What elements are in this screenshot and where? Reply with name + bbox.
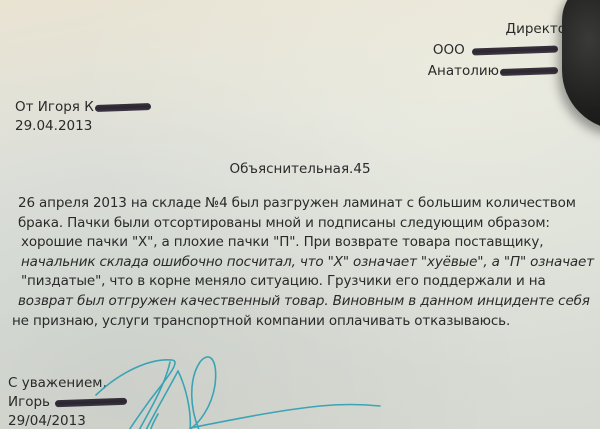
redaction-mark [55, 397, 127, 407]
redaction-mark [500, 66, 558, 75]
body-line: 26 апреля 2013 на складе №4 был разгруже… [18, 194, 598, 214]
dark-object-obstruction [562, 0, 600, 130]
closing-regards: С уважением, [8, 374, 127, 393]
closing-date: 29/04/2013 [8, 412, 127, 429]
body-line: "пиздатые", что в корне меняло ситуацию.… [18, 272, 598, 292]
recipient-company: ООО [428, 40, 558, 61]
body-line: не признаю, услуги транспортной компании… [12, 312, 598, 332]
body-line: начальник склада ошибочно посчитал, что … [18, 253, 598, 273]
recipient-block: Директо ООО Анатолию [428, 19, 558, 82]
recipient-name: Анатолию [428, 61, 558, 82]
recipient-title: Директо [428, 19, 566, 40]
closing-signer: Игорь [8, 393, 127, 412]
body-line: брака. Пачки были отсортированы мной и п… [18, 214, 598, 234]
sender-from-line: От Игоря К [15, 98, 151, 117]
redaction-mark [472, 45, 558, 55]
body-line: возврат был отгружен качественный товар.… [18, 292, 598, 312]
document-body: 26 апреля 2013 на складе №4 был разгруже… [18, 194, 598, 331]
sender-block: От Игоря К 29.04.2013 [15, 98, 151, 136]
redaction-mark [95, 103, 151, 112]
body-line: хорошие пачки "Х", а плохие пачки "П". П… [18, 233, 598, 253]
sender-date: 29.04.2013 [15, 117, 151, 136]
document-heading: Объяснительная.45 [0, 161, 600, 177]
closing-block: С уважением, Игорь 29/04/2013 [8, 374, 127, 429]
